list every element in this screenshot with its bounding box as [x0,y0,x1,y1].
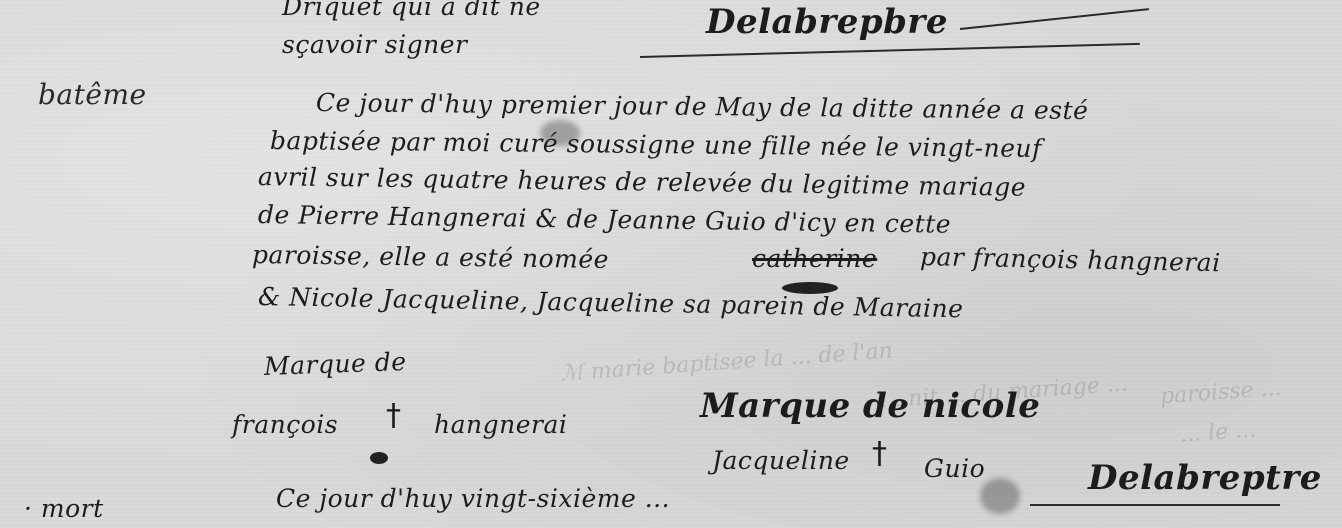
godmother-surname: Guio [924,454,985,483]
godmother-cross-mark: † [872,436,887,471]
godmother-first-name: Jacqueline [712,446,850,475]
godfather-cross-mark: † [386,398,401,433]
register-page: ℳ marie baptisee la ... de l'an ... nit … [0,0,1342,528]
godfather-surname: hangnerai [434,410,567,439]
signature-flourish [640,43,1140,58]
godmother-mark-label: Marque de nicole [700,386,1040,426]
entry-line-6: & Nicole Jacqueline, Jacqueline sa parei… [258,282,964,323]
margin-note-bottom: · mort [24,494,104,523]
entry-line-4: de Pierre Hangnerai & de Jeanne Guio d'i… [258,200,951,239]
struck-name: catherine [752,244,877,273]
godfather-mark-label: Marque de [263,347,407,381]
ink-blot [370,452,388,464]
entry-line-3: avril sur les quatre heures de relevée d… [258,162,1026,202]
prev-entry-signature: Delabrepbre [706,2,948,42]
entry-line-5-continuation: par françois hangnerai [920,242,1221,277]
priest-signature: Delabreptre [1088,458,1322,498]
next-entry-first-line: Ce jour d'huy vingt-sixième ... [276,484,670,513]
prev-entry-line-2: sçavoir signer [282,30,467,59]
bleed-through-text: paroisse ... [1159,376,1282,409]
signature-underline [1030,504,1280,506]
margin-note-bapteme: batême [38,78,147,111]
signature-flourish [960,8,1149,30]
entry-line-5: paroisse, elle a esté nomée [252,240,609,274]
bleed-through-text: ... le ... [1179,417,1257,447]
prev-entry-line-1: Driquet qui a dit ne [282,0,541,21]
entry-line-1: Ce jour d'huy premier jour de May de la … [316,88,1089,125]
godfather-first-name: françois [232,410,338,439]
ink-smudge [980,478,1020,514]
bleed-through-text: ℳ marie baptisee la ... de l'an [560,338,894,386]
entry-line-2: baptisée par moi curé soussigne une fill… [270,126,1042,163]
